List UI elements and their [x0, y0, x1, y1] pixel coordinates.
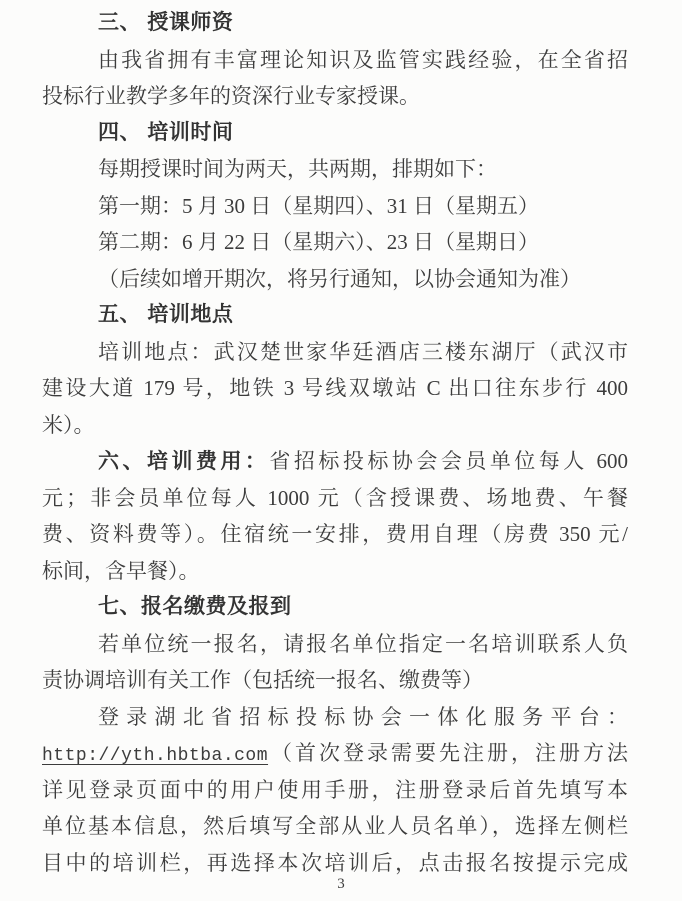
text-line: 单位基本信息，然后填写全部从业人员名单），选择左侧栏: [42, 808, 628, 845]
text-line: 责协调培训有关工作（包括统一报名、缴费等）: [42, 662, 628, 699]
text-line-session-1: 第一期：5 月 30 日（星期四）、31 日（星期五）: [42, 188, 628, 225]
text-line: 米）。: [42, 407, 628, 444]
text-line: 元；非会员单位每人 1000 元（含授课费、场地费、午餐: [42, 480, 628, 517]
text-line-fees-first: 六、培训费用：省招标投标协会会员单位每人 600: [42, 443, 628, 480]
text-line: 费、资料费等）。住宿统一安排，费用自理（房费 350 元/: [42, 516, 628, 553]
url-line-rest: （首次登录需要先注册，注册方法: [268, 741, 628, 765]
text-line: 标间，含早餐）。: [42, 553, 628, 590]
text-line-session-2: 第二期：6 月 22 日（星期六）、23 日（星期日）: [42, 224, 628, 261]
section-heading-schedule: 四、 培训时间: [42, 115, 628, 152]
text-line: 培训地点：武汉楚世家华廷酒店三楼东湖厅（武汉市: [42, 334, 628, 371]
section-heading-location: 五、 培训地点: [42, 297, 628, 334]
text-line: 每期授课时间为两天，共两期，排期如下：: [42, 151, 628, 188]
section-heading-registration: 七、报名缴费及报到: [42, 589, 628, 626]
text-line: 详见登录页面中的用户使用手册，注册登录后首先填写本: [42, 772, 628, 809]
text-line: 由我省拥有丰富理论知识及监管实践经验，在全省招: [42, 42, 628, 79]
section-heading-teachers: 三、 授课师资: [42, 5, 628, 42]
text-line-url: http://yth.hbtba.com（首次登录需要先注册，注册方法: [42, 735, 628, 772]
fees-text: 省招标投标协会会员单位每人 600: [269, 449, 628, 473]
document-page: 三、 授课师资 由我省拥有丰富理论知识及监管实践经验，在全省招 投标行业教学多年…: [0, 0, 682, 901]
registration-url-link[interactable]: http://yth.hbtba.com: [42, 746, 268, 766]
document-body: 三、 授课师资 由我省拥有丰富理论知识及监管实践经验，在全省招 投标行业教学多年…: [42, 5, 628, 881]
text-line: （后续如增开期次，将另行通知，以协会通知为准）: [42, 261, 628, 298]
section-heading-fees-inline: 六、培训费用：: [98, 450, 269, 473]
text-line: 若单位统一报名，请报名单位指定一名培训联系人负: [42, 626, 628, 663]
text-line-platform: 登录湖北省招标投标协会一体化服务平台：: [42, 699, 628, 736]
text-line: 投标行业教学多年的资深行业专家授课。: [42, 78, 628, 115]
text-line: 建设大道 179 号，地铁 3 号线双墩站 C 出口往东步行 400: [42, 370, 628, 407]
page-number: 3: [0, 874, 682, 894]
